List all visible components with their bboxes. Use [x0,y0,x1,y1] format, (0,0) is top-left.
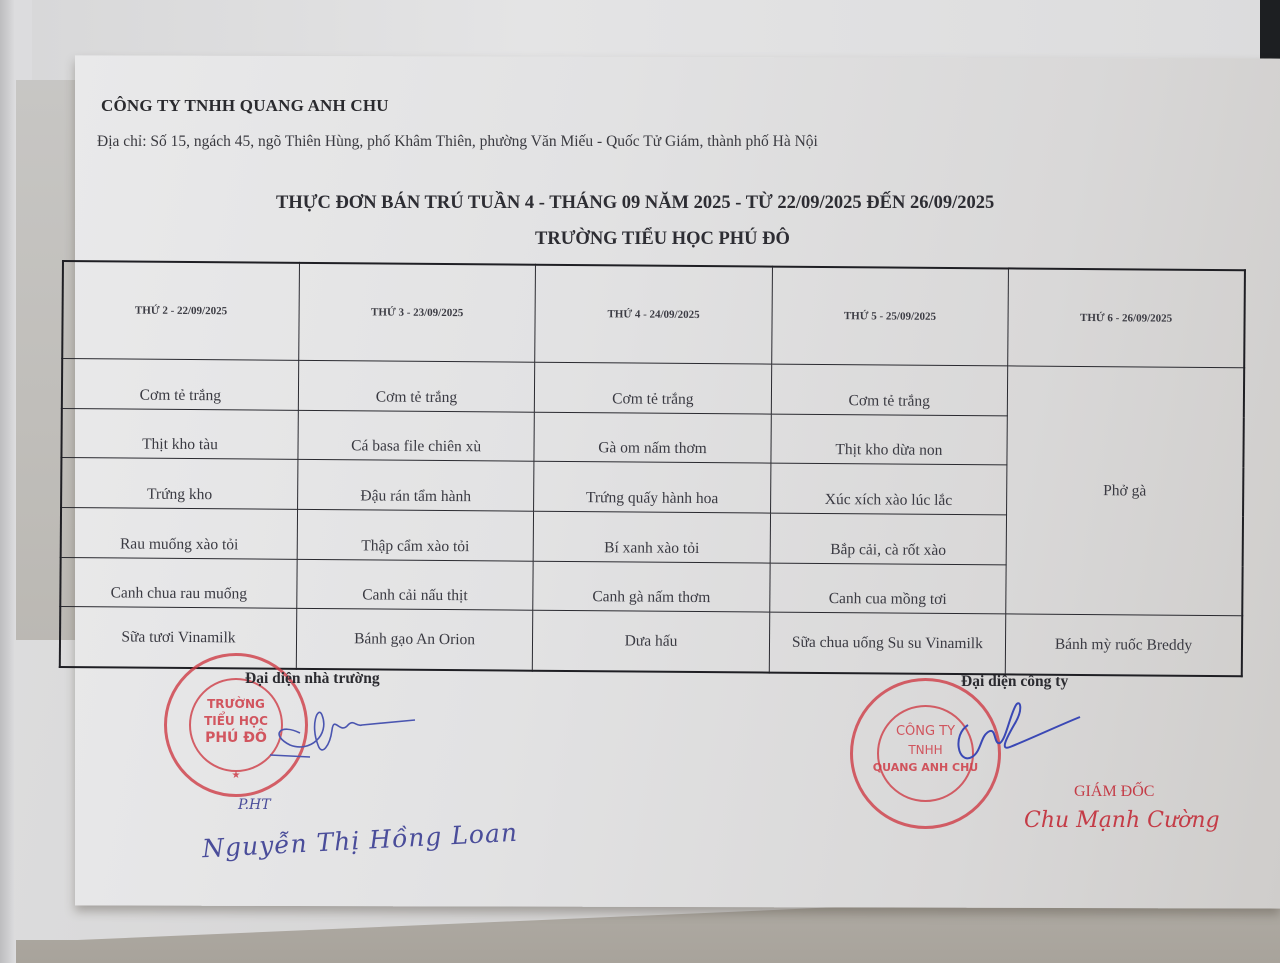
menu-cell: Cơm tẻ trắng [298,360,535,411]
menu-cell: Cơm tẻ trắng [535,362,772,413]
company-stamp: CÔNG TY TNHH QUANG ANH CHU [850,678,1001,829]
menu-cell: Trứng quấy hành hoa [534,461,771,512]
menu-cell: Thập cẩm xào tỏi [297,509,534,560]
school-representative-label: Đại diện nhà trường [245,670,380,688]
company-stamp-line: CÔNG TY [853,723,998,741]
director-title: GIÁM ĐỐC [1074,783,1154,801]
company-stamp-line: QUANG ANH CHU [853,759,998,777]
column-header-tue: THỨ 3 - 23/09/2025 [299,263,536,362]
company-name: CÔNG TY TNHH QUANG ANH CHU [101,96,389,116]
menu-cell: Thịt kho dừa non [771,414,1008,465]
column-header-mon: THỨ 2 - 22/09/2025 [62,261,299,360]
school-stamp-center: TRƯỜNG TIỂU HỌC PHÚ ĐÔ [167,696,305,747]
company-stamp-line: TNHH [853,741,998,759]
menu-cell: Cơm tẻ trắng [771,364,1008,415]
principal-role: P.HT [238,797,271,813]
menu-cell: Canh chua rau muống [60,557,297,608]
background-sheet-edge [0,0,16,963]
menu-cell: Cá basa file chiên xù [298,410,535,461]
school-stamp-line: TIỂU HỌC [167,713,305,730]
menu-table: THỨ 2 - 22/09/2025 THỨ 3 - 23/09/2025 TH… [59,260,1246,677]
star-icon: ★ [167,770,305,781]
document-title: THỰC ĐƠN BÁN TRÚ TUẦN 4 - THÁNG 09 NĂM 2… [276,193,994,214]
menu-cell: Canh cải nấu thịt [297,559,534,610]
company-address: Địa chỉ: Số 15, ngách 45, ngõ Thiên Hùng… [97,133,818,151]
company-stamp-center: CÔNG TY TNHH QUANG ANH CHU [853,723,998,777]
company-representative-label: Đại diện công ty [961,673,1068,691]
menu-cell: Bắp cải, cà rốt xào [770,513,1007,564]
menu-cell: Rau muống xào tỏi [61,507,298,558]
menu-cell: Bí xanh xào tỏi [533,511,770,562]
friday-main-dish: Phở gà [1006,366,1244,616]
snack-cell: Dưa hấu [533,610,770,672]
menu-cell: Xúc xích xào lúc lắc [770,463,1007,514]
menu-cell: Cơm tẻ trắng [62,359,299,410]
school-stamp-line: TRƯỜNG [167,696,305,713]
snack-cell: Bánh mỳ ruốc Breddy [1005,614,1242,676]
menu-cell: Đậu rán tẩm hành [297,460,534,511]
column-header-wed: THỨ 4 - 24/09/2025 [535,265,772,364]
school-name: TRƯỜNG TIỂU HỌC PHÚ ĐÔ [535,229,790,250]
menu-cell: Thịt kho tàu [61,408,298,459]
menu-cell: Gà om nấm thơm [534,412,771,463]
snack-cell: Bánh gạo An Orion [296,609,533,671]
school-stamp-line: PHÚ ĐÔ [167,730,305,747]
snack-cell: Sữa chua uống Su su Vinamilk [769,612,1006,674]
director-name: Chu Mạnh Cường [1024,808,1220,833]
menu-header-row: THỨ 2 - 22/09/2025 THỨ 3 - 23/09/2025 TH… [62,261,1245,368]
column-header-thu: THỨ 5 - 25/09/2025 [771,267,1008,366]
column-header-fri: THỨ 6 - 26/09/2025 [1008,268,1245,367]
menu-cell: Canh gà nấm thơm [533,561,770,612]
menu-cell: Trứng kho [61,458,298,509]
menu-cell: Canh cua mồng tơi [769,563,1006,614]
